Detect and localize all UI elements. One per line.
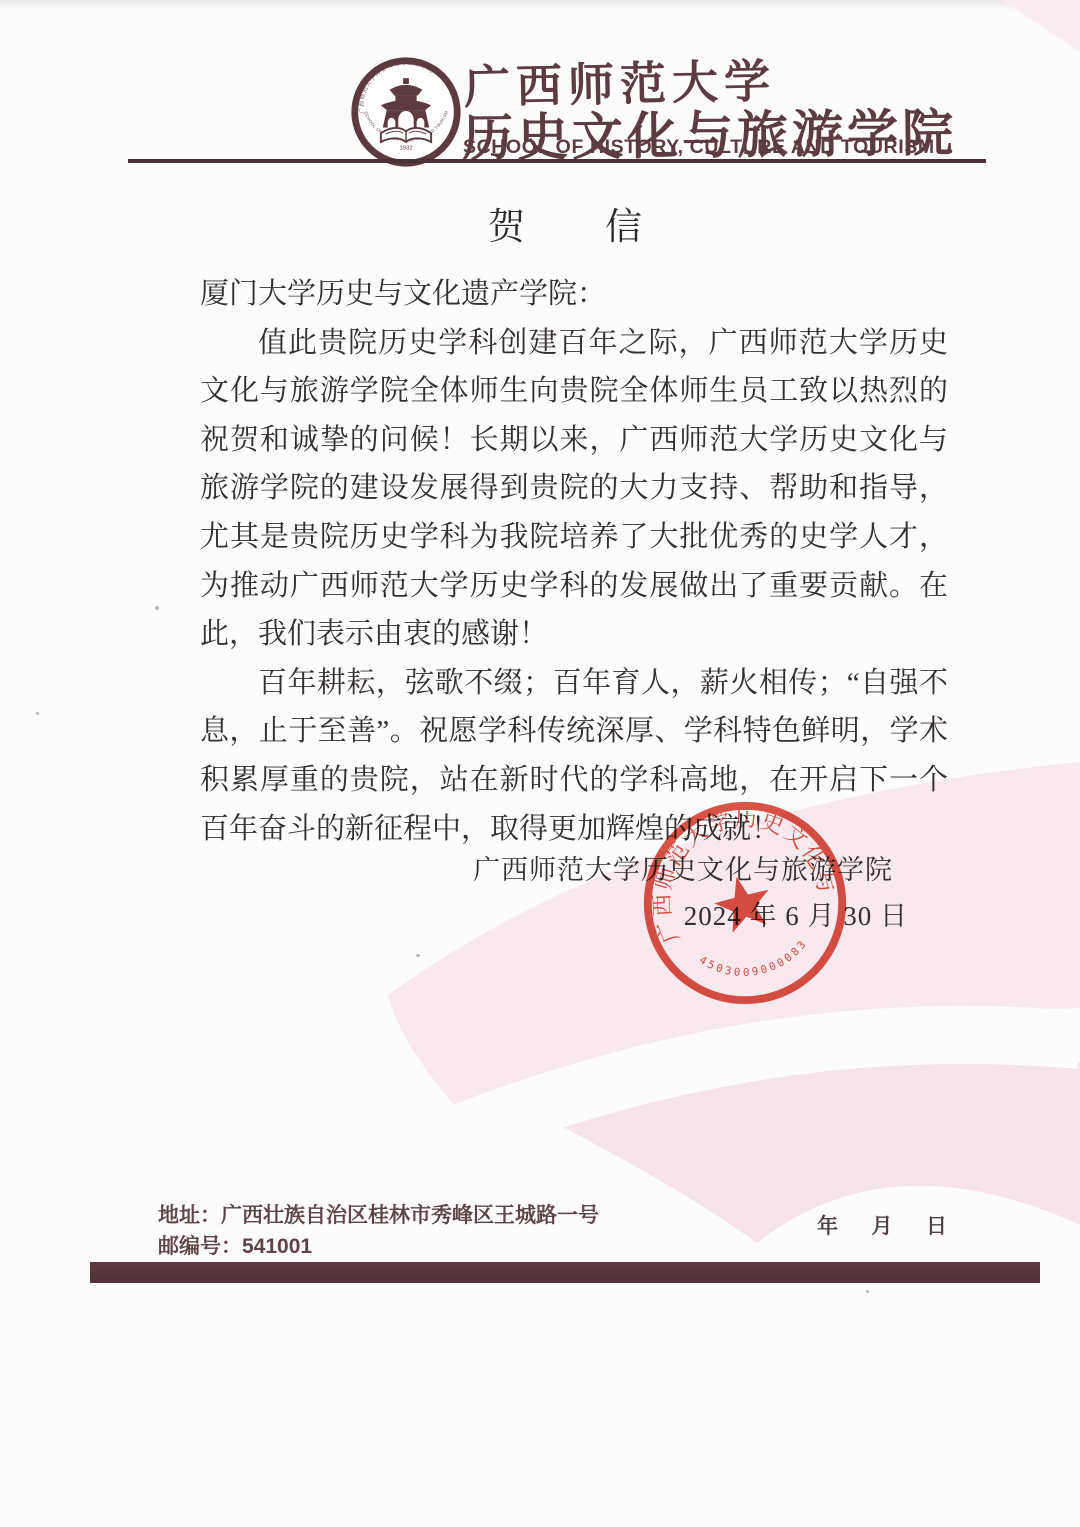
emblem-year: 1932 bbox=[400, 146, 413, 152]
footer-postcode-line: 邮编号：541001 bbox=[158, 1231, 599, 1262]
corner-swoosh bbox=[1002, 0, 1080, 52]
scan-speck bbox=[416, 954, 420, 957]
footer-address-block: 地址：广西壮族自治区桂林市秀峰区王城路一号 邮编号：541001 bbox=[158, 1200, 599, 1262]
scan-speck bbox=[155, 606, 159, 610]
letterhead-rule bbox=[128, 159, 986, 163]
salutation: 厦门大学历史与文化遗产学院： bbox=[200, 270, 948, 319]
svg-text:广西师范大学历史文化与旅游学院: 广西师范大学历史文化与旅游学院 bbox=[637, 795, 842, 953]
footer-date-placeholder: 年 月 日 bbox=[817, 1210, 947, 1240]
school-emblem-icon: 广西师范大学历史文化与旅游学院 SCHOOL OF HISTORY, CULTU… bbox=[348, 54, 464, 170]
paragraph: 值此贵院历史学科创建百年之际，广西师范大学历史文化与旅游学院全体师生向贵院全体师… bbox=[200, 319, 948, 659]
school-name-english: SCHOOL OF HISTORY, CULTURE AND TOURISM bbox=[463, 136, 935, 159]
footer-address-line: 地址：广西壮族自治区桂林市秀峰区王城路一号 bbox=[158, 1200, 599, 1231]
seal-ring-text: 广西师范大学历史文化与旅游学院 bbox=[637, 795, 842, 953]
letter-title: 贺 信 bbox=[26, 196, 1080, 250]
footer-bar bbox=[90, 1262, 1040, 1283]
red-star-icon bbox=[709, 870, 776, 935]
official-seal-icon: 广西师范大学历史文化与旅游学院 4503009000083 bbox=[637, 795, 853, 1011]
scan-speck bbox=[36, 712, 39, 715]
month-label: 月 bbox=[872, 1210, 893, 1240]
letter-page: 广西师范大学历史文化与旅游学院 SCHOOL OF HISTORY, CULTU… bbox=[0, 0, 1080, 1527]
day-label: 日 bbox=[926, 1210, 947, 1240]
letter-body: 厦门大学历史与文化遗产学院： 值此贵院历史学科创建百年之际，广西师范大学历史文化… bbox=[200, 270, 948, 853]
year-label: 年 bbox=[817, 1210, 838, 1240]
scan-speck bbox=[866, 1290, 869, 1293]
